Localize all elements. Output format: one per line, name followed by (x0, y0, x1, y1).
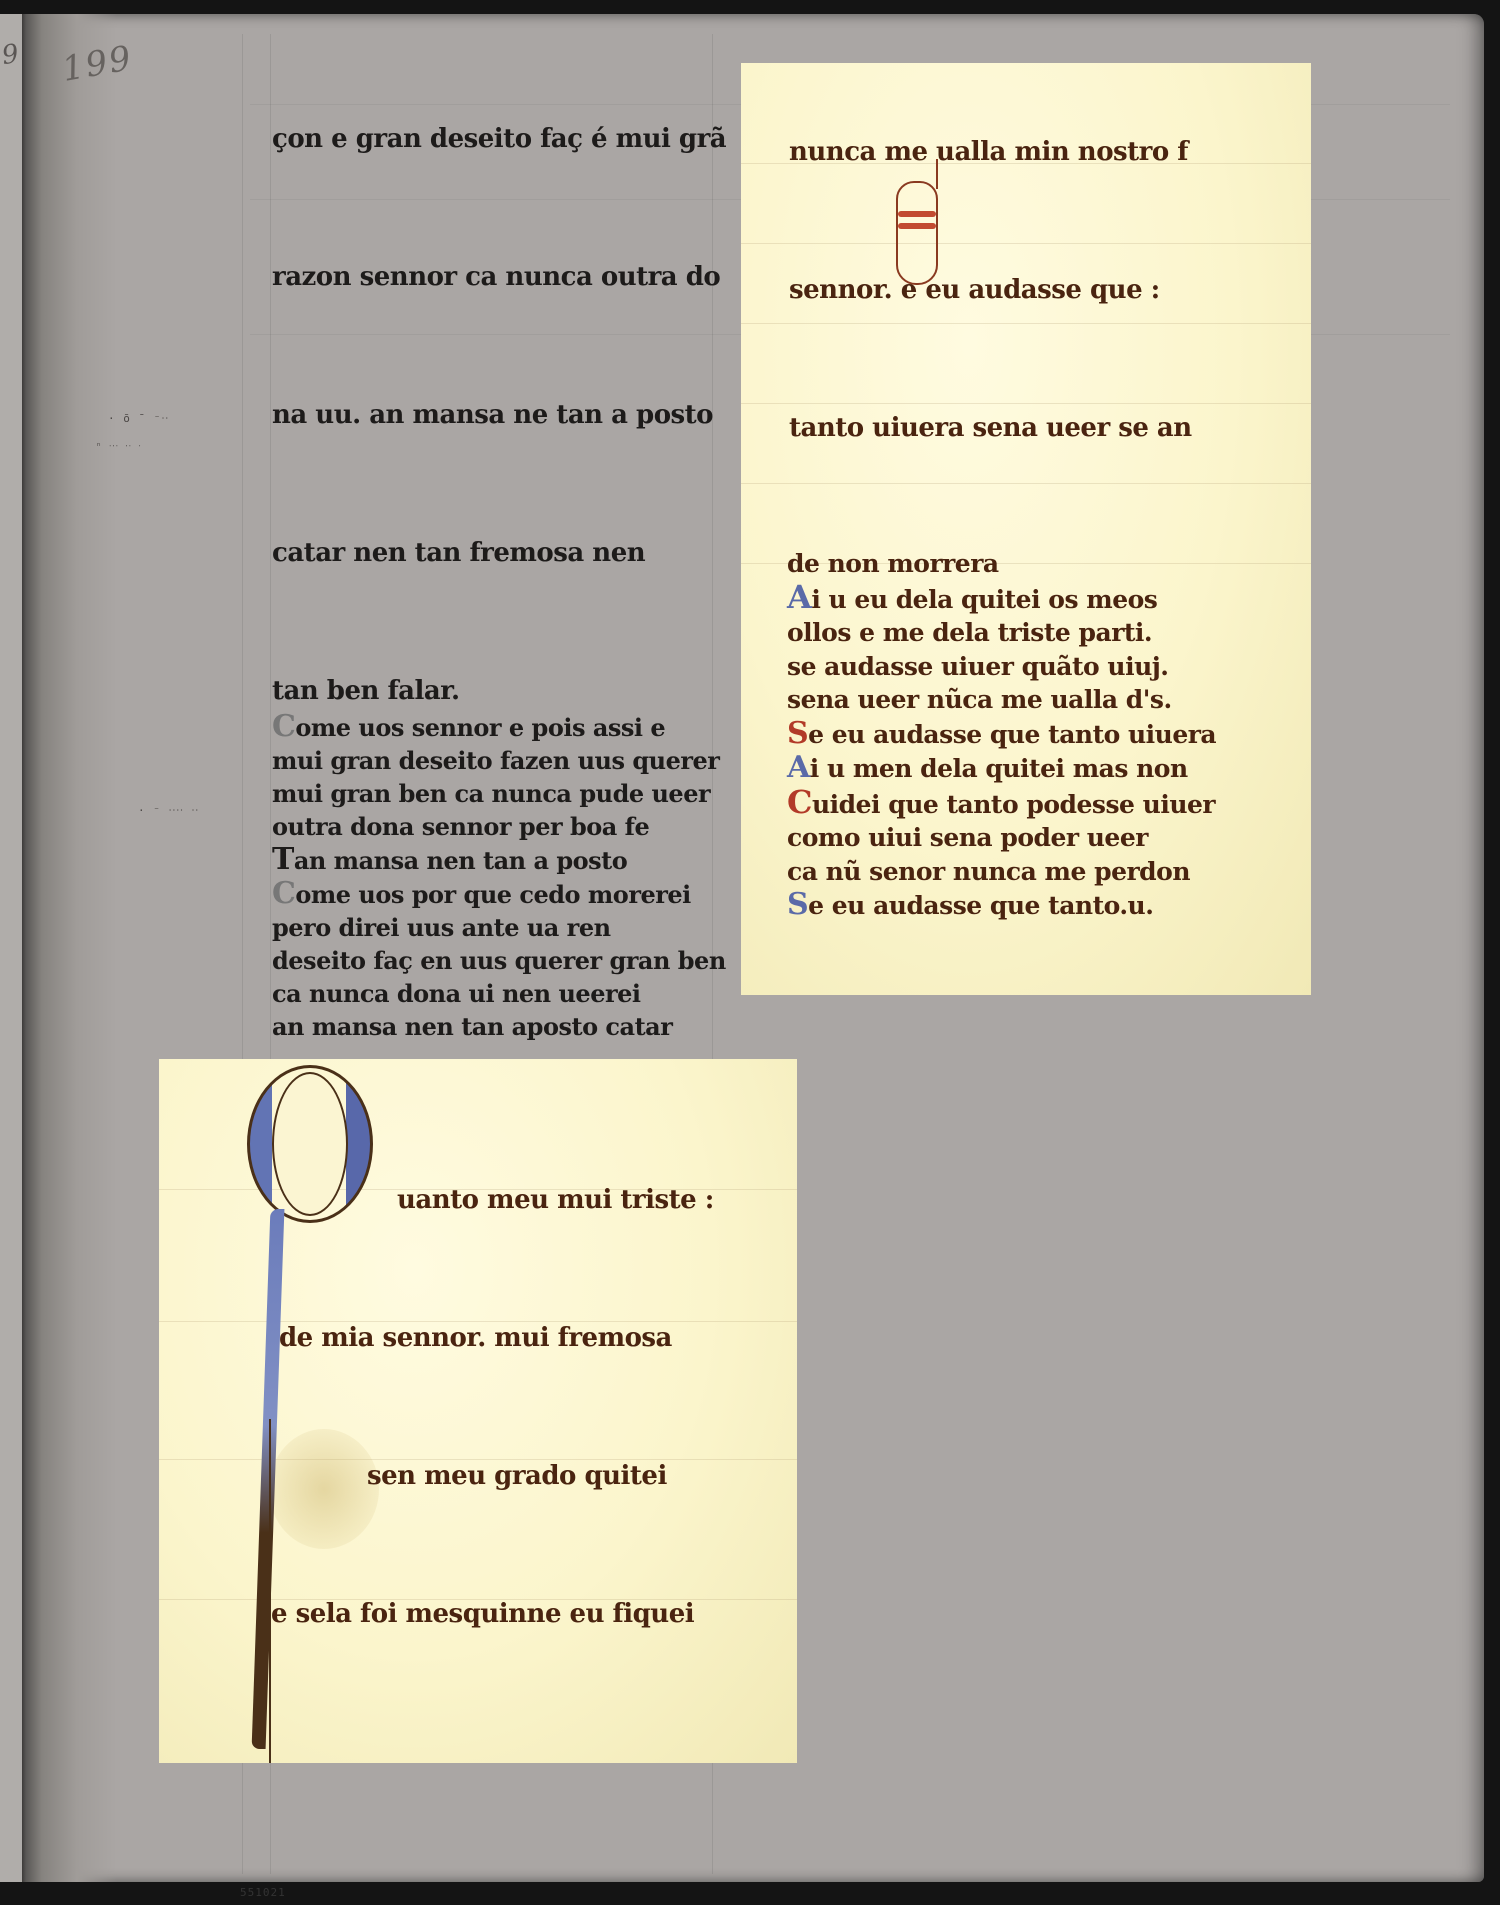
line-text: como uiui sena poder ueer (787, 823, 1148, 852)
line-text: deseito faç en uus querer gran ben (272, 946, 726, 975)
line-text: se audasse uiuer quãto uiuj. (787, 652, 1169, 681)
line-text: ca nunca dona ui nen ueerei (272, 979, 641, 1008)
line-text: uidei que tanto podesse uiuer (812, 790, 1215, 819)
initial-letter: T (272, 842, 294, 877)
text-line: de mia sennor. mui fremosa (279, 1323, 672, 1353)
stanza-block: Come uos sennor e pois assi e mui gran d… (272, 710, 726, 1043)
text-line: mui gran ben ca nunca pude ueer (272, 777, 726, 810)
text-line: deseito faç en uus querer gran ben (272, 944, 726, 977)
line-text: i u men dela quitei mas non (810, 754, 1188, 783)
line-text: e eu audasse que tanto.u. (808, 891, 1153, 920)
text-line: Come uos sennor e pois assi e (272, 710, 726, 744)
library-stamp: 551021 (240, 1886, 286, 1899)
line-text: ca nũ senor nunca me perdon (787, 857, 1190, 886)
initial-letter: C (272, 876, 295, 911)
previous-leaf-edge (0, 14, 24, 1882)
line-text: mui gran deseito fazen uus querer (272, 746, 719, 775)
manuscript-page: 9 199 · ō ˉ ⁻ᐧᐧ ⁿ ᐧᐧᐧ ᐧᐧ ᐧ · ⁻ ᐧᐧᐧᐧ ᐧᐧ ç… (0, 14, 1484, 1882)
text-line: Cuidei que tanto podesse uiuer (787, 786, 1216, 822)
line-text: outra dona sennor per boa fe (272, 812, 649, 841)
text-line: e sela foi mesquinne eu fiquei (271, 1599, 694, 1629)
text-line: Se eu audasse que tanto uiuera (787, 717, 1216, 752)
initial-letter: C (272, 709, 295, 744)
text-line: Come uos por que cedo morerei (272, 877, 726, 911)
text-line: sennor. e eu audasse que : (789, 275, 1160, 305)
line-text: de non morrera (787, 549, 999, 578)
initial-letter: A (787, 750, 810, 785)
line-text: sena ueer nũca me ualla d's. (787, 685, 1172, 714)
marginal-annotation: · ō ˉ ⁻ᐧᐧ (108, 412, 169, 425)
text-line: tan ben falar. (272, 676, 460, 706)
line-text: pero direi uus ante ua ren (272, 913, 611, 942)
text-line: uanto meu mui triste : (397, 1185, 714, 1215)
line-text: ome uos por que cedo morerei (295, 880, 690, 909)
initial-letter: C (787, 783, 812, 821)
line-text: e eu audasse que tanto uiuera (808, 720, 1216, 749)
parchment-panel-right: nunca me ualla min nostro f sennor. e eu… (741, 63, 1311, 995)
parchment-panel-lower: uanto meu mui triste : de mia sennor. mu… (159, 1059, 797, 1763)
text-line: mui gran deseito fazen uus querer (272, 744, 726, 777)
text-line: nunca me ualla min nostro f (789, 137, 1188, 167)
text-line: na uu. an mansa ne tan a posto (272, 400, 713, 430)
text-line: Ai u men dela quitei mas non (787, 751, 1216, 786)
text-line: Tan mansa nen tan a posto (272, 843, 726, 877)
stanza-block: de non morrera Ai u eu dela quitei os me… (787, 547, 1216, 923)
text-line: an mansa nen tan aposto catar (272, 1010, 726, 1043)
text-line: catar nen tan fremosa nen (272, 538, 645, 568)
initial-letter: S (787, 887, 808, 922)
text-line: outra dona sennor per boa fe (272, 810, 726, 843)
water-stain (269, 1429, 379, 1549)
initial-letter: S (787, 716, 808, 751)
text-line: pero direi uus ante ua ren (272, 911, 726, 944)
blue-initial-q-icon (247, 1065, 373, 1223)
text-line: ca nunca dona ui nen ueerei (272, 977, 726, 1010)
line-text: ollos e me dela triste parti. (787, 618, 1152, 647)
text-line: Se eu audasse que tanto.u. (787, 888, 1216, 923)
line-text: an mansa nen tan aposto catar (272, 1012, 672, 1041)
text-line: razon sennor ca nunca outra do (272, 262, 720, 292)
line-text: an mansa nen tan a posto (294, 846, 627, 875)
initial-letter: A (787, 578, 811, 616)
marginal-annotation: ⁿ ᐧᐧᐧ ᐧᐧ ᐧ (96, 442, 142, 452)
initial-q-tail-line (269, 1419, 271, 1763)
red-initial-s-icon (896, 181, 938, 285)
text-line: se audasse uiuer quãto uiuj. (787, 650, 1216, 684)
line-text: mui gran ben ca nunca pude ueer (272, 779, 710, 808)
text-line: Ai u eu dela quitei os meos (787, 581, 1216, 617)
text-line: sena ueer nũca me ualla d's. (787, 683, 1216, 717)
text-line: ollos e me dela triste parti. (787, 616, 1216, 650)
text-line: sen meu grado quitei (367, 1461, 667, 1491)
text-line: ca nũ senor nunca me perdon (787, 855, 1216, 889)
text-line: çon e gran deseito faç é mui grã (272, 124, 726, 154)
line-text: i u eu dela quitei os meos (811, 585, 1157, 614)
binding-gutter (22, 14, 117, 1882)
marginal-annotation: · ⁻ ᐧᐧᐧᐧ ᐧᐧ (138, 804, 199, 817)
text-line: como uiui sena poder ueer (787, 821, 1216, 855)
text-line: tanto uiuera sena ueer se an (789, 413, 1192, 443)
text-line: de non morrera (787, 547, 1216, 581)
line-text: ome uos sennor e pois assi e (295, 713, 665, 742)
